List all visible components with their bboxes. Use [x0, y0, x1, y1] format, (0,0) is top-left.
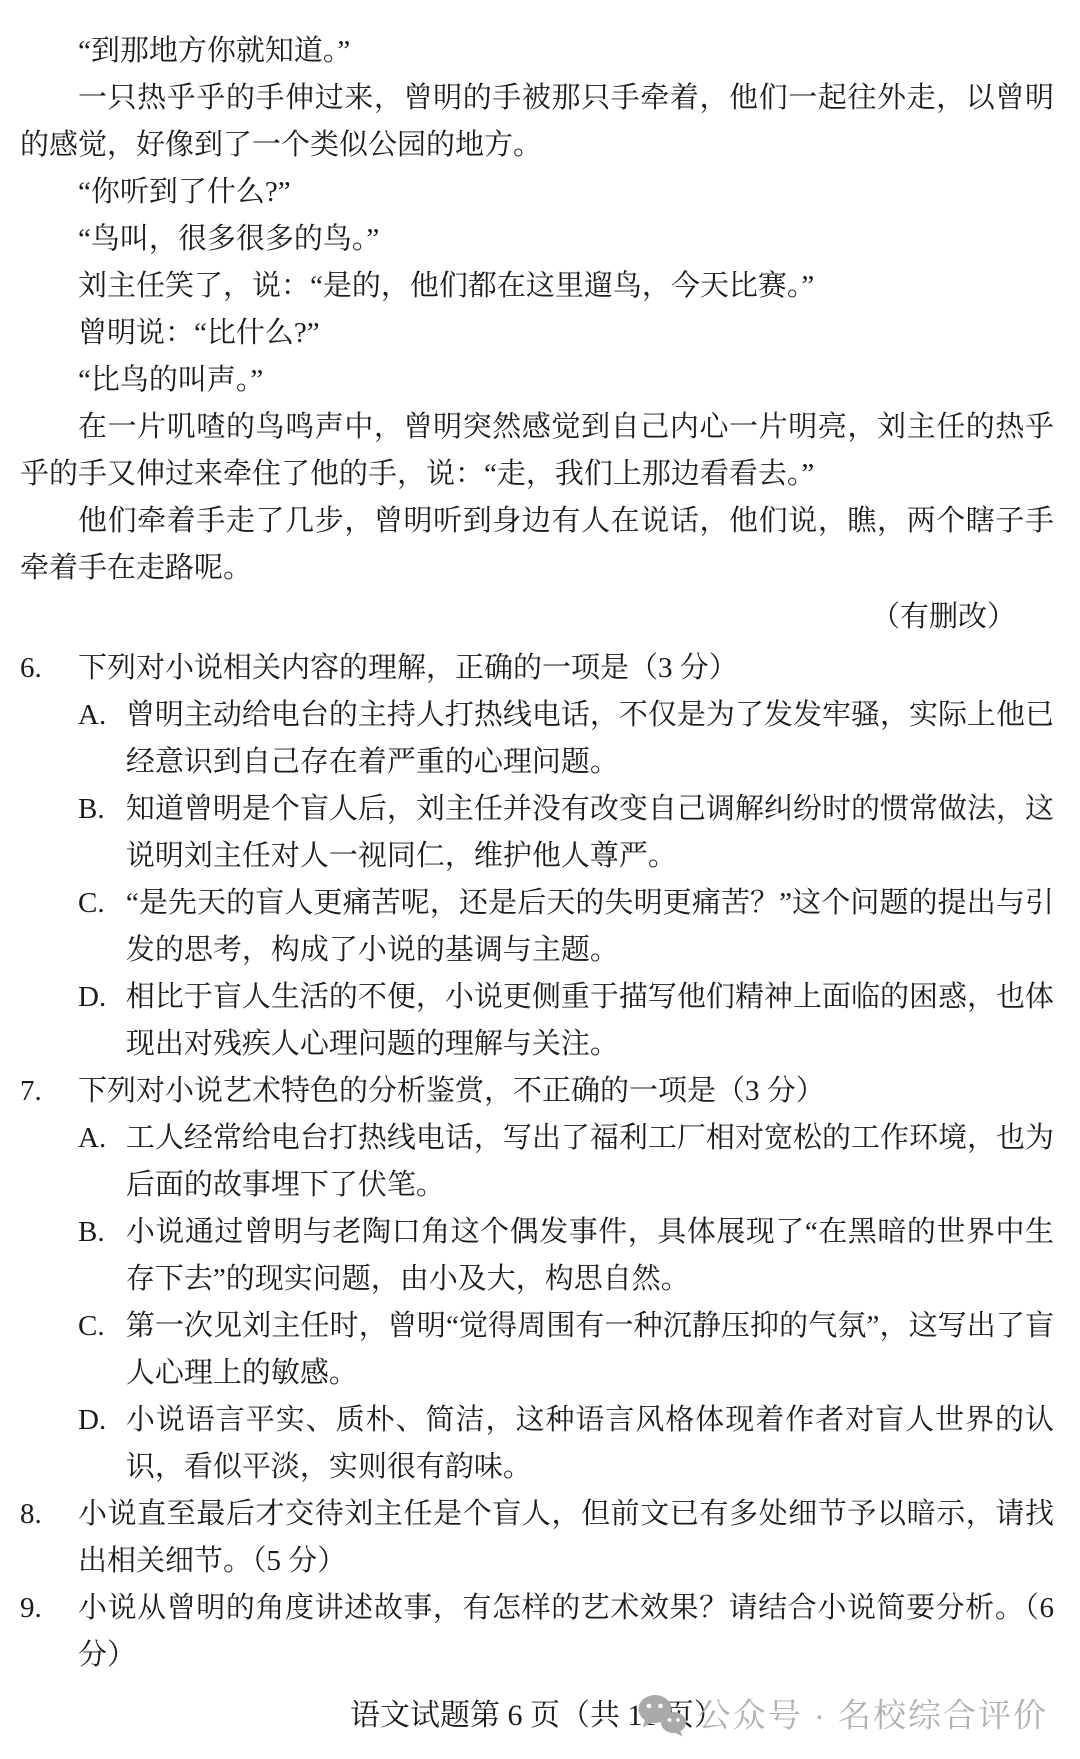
option-label: B.	[78, 1209, 126, 1256]
option-d: D. 小说语言平实、质朴、简洁，这种语言风格体现着作者对盲人世界的认识，看似平淡…	[20, 1397, 1054, 1491]
passage-paragraph: 他们牵着手走了几步，曾明听到身边有人在说话，他们说，瞧，两个瞎子手牵着手在走路呢…	[20, 498, 1054, 592]
option-a: A. 工人经常给电台打热线电话，写出了福利工厂相对宽松的工作环境，也为后面的故事…	[20, 1115, 1054, 1209]
option-a: A. 曾明主动给电台的主持人打热线电话，不仅是为了发发牢骚，实际上他已经意识到自…	[20, 692, 1054, 786]
option-d: D. 相比于盲人生活的不便，小说更侧重于描写他们精神上面临的困惑，也体现出对残疾…	[20, 974, 1054, 1068]
reading-passage: “到那地方你就知道。” 一只热乎乎的手伸过来，曾明的手被那只手牵着，他们一起往外…	[20, 28, 1054, 645]
option-label: A.	[78, 1115, 126, 1162]
watermark-text: 公众号 · 名校综合评价	[698, 1692, 1048, 1739]
option-text: 曾明主动给电台的主持人打热线电话，不仅是为了发发牢骚，实际上他已经意识到自己存在…	[126, 692, 1054, 786]
option-label: C.	[78, 1303, 126, 1350]
question-9: 9. 小说从曾明的角度讲述故事，有怎样的艺术效果？请结合小说简要分析。（6 分）	[20, 1585, 1054, 1679]
page-footer: 语文试题第 6 页（共 11 页） 公众号 · 名校综合评价	[20, 1679, 1054, 1751]
passage-paragraph: “到那地方你就知道。”	[20, 28, 1054, 75]
option-text: 小说语言平实、质朴、简洁，这种语言风格体现着作者对盲人世界的认识，看似平淡，实则…	[126, 1397, 1054, 1491]
question-6: 6. 下列对小说相关内容的理解，正确的一项是（3 分） A. 曾明主动给电台的主…	[20, 645, 1054, 1068]
question-stem: 下列对小说相关内容的理解，正确的一项是（3 分）	[78, 645, 1054, 692]
question-stem: 小说直至最后才交待刘主任是个盲人，但前文已有多处细节予以暗示，请找出相关细节。（…	[78, 1491, 1054, 1585]
wechat-icon	[636, 1693, 688, 1737]
passage-attribution: （有删改）	[20, 594, 1054, 641]
passage-paragraph: 一只热乎乎的手伸过来，曾明的手被那只手牵着，他们一起往外走，以曾明的感觉，好像到…	[20, 75, 1054, 169]
option-text: 工人经常给电台打热线电话，写出了福利工厂相对宽松的工作环境，也为后面的故事埋下了…	[126, 1115, 1054, 1209]
option-label: B.	[78, 786, 126, 833]
question-number: 8.	[20, 1491, 78, 1538]
passage-paragraph: “你听到了什么?”	[20, 169, 1054, 216]
option-text: “是先天的盲人更痛苦呢，还是后天的失明更痛苦？”这个问题的提出与引发的思考，构成…	[126, 880, 1054, 974]
option-c: C. 第一次见刘主任时，曾明“觉得周围有一种沉静压抑的气氛”，这写出了盲人心理上…	[20, 1303, 1054, 1397]
question-7: 7. 下列对小说艺术特色的分析鉴赏，不正确的一项是（3 分） A. 工人经常给电…	[20, 1068, 1054, 1491]
option-b: B. 小说通过曾明与老陶口角这个偶发事件，具体展现了“在黑暗的世界中生存下去”的…	[20, 1209, 1054, 1303]
passage-paragraph: 曾明说：“比什么?”	[20, 310, 1054, 357]
option-text: 相比于盲人生活的不便，小说更侧重于描写他们精神上面临的困惑，也体现出对残疾人心理…	[126, 974, 1054, 1068]
question-list: 6. 下列对小说相关内容的理解，正确的一项是（3 分） A. 曾明主动给电台的主…	[20, 645, 1054, 1679]
question-stem: 小说从曾明的角度讲述故事，有怎样的艺术效果？请结合小说简要分析。（6 分）	[78, 1585, 1054, 1679]
passage-paragraph: “比鸟的叫声。”	[20, 357, 1054, 404]
question-8: 8. 小说直至最后才交待刘主任是个盲人，但前文已有多处细节予以暗示，请找出相关细…	[20, 1491, 1054, 1585]
exam-page: “到那地方你就知道。” 一只热乎乎的手伸过来，曾明的手被那只手牵着，他们一起往外…	[0, 0, 1080, 1759]
question-number: 6.	[20, 645, 78, 692]
option-label: A.	[78, 692, 126, 739]
passage-paragraph: 刘主任笑了，说：“是的，他们都在这里遛鸟，今天比赛。”	[20, 263, 1054, 310]
option-b: B. 知道曾明是个盲人后，刘主任并没有改变自己调解纠纷时的惯常做法，这说明刘主任…	[20, 786, 1054, 880]
option-text: 小说通过曾明与老陶口角这个偶发事件，具体展现了“在黑暗的世界中生存下去”的现实问…	[126, 1209, 1054, 1303]
option-c: C. “是先天的盲人更痛苦呢，还是后天的失明更痛苦？”这个问题的提出与引发的思考…	[20, 880, 1054, 974]
question-number: 7.	[20, 1068, 78, 1115]
question-stem: 下列对小说艺术特色的分析鉴赏，不正确的一项是（3 分）	[78, 1068, 1054, 1115]
option-label: D.	[78, 974, 126, 1021]
passage-paragraph: 在一片叽喳的鸟鸣声中，曾明突然感觉到自己内心一片明亮，刘主任的热乎乎的手又伸过来…	[20, 404, 1054, 498]
question-number: 9.	[20, 1585, 78, 1632]
passage-paragraph: “鸟叫，很多很多的鸟。”	[20, 216, 1054, 263]
option-label: C.	[78, 880, 126, 927]
option-text: 知道曾明是个盲人后，刘主任并没有改变自己调解纠纷时的惯常做法，这说明刘主任对人一…	[126, 786, 1054, 880]
watermark: 公众号 · 名校综合评价	[636, 1692, 1048, 1739]
option-text: 第一次见刘主任时，曾明“觉得周围有一种沉静压抑的气氛”，这写出了盲人心理上的敏感…	[126, 1303, 1054, 1397]
option-label: D.	[78, 1397, 126, 1444]
